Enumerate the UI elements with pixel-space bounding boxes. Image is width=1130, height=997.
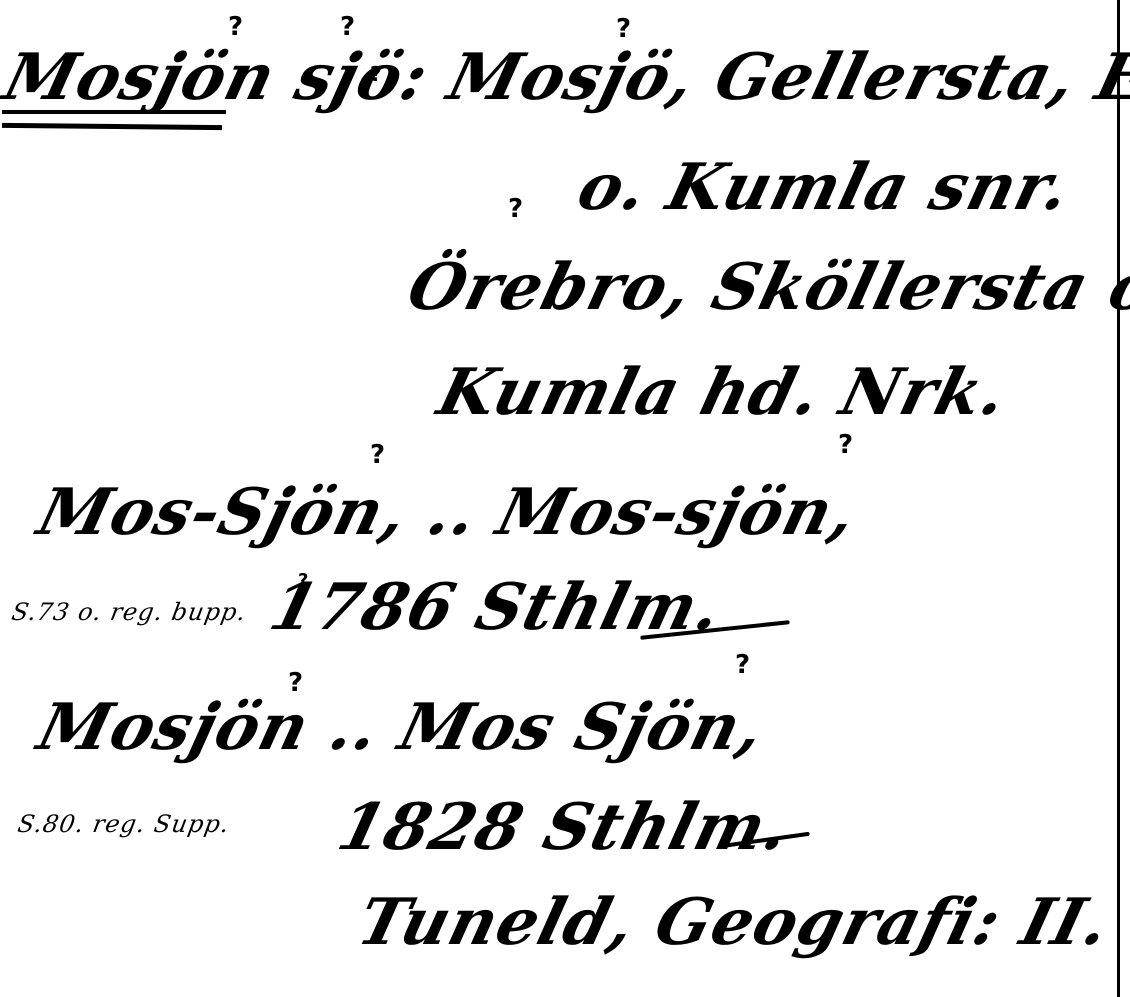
handwritten-index-card: Mosjön sjö: Mosjö, Gellersta, Ekeby ? ? … (0, 0, 1130, 997)
margin-annotation-2: S.80. reg. Supp. (16, 810, 232, 838)
line-text: sjö: Mosjö, Gellersta, Ekeby (265, 40, 1130, 115)
headword: Mosjön (0, 40, 283, 115)
superscript-mark: ? (838, 430, 853, 460)
superscript-mark: ? (340, 12, 355, 42)
card-line-7: Mosjön .. Mos Sjön, (31, 690, 772, 765)
margin-annotation-1: S.73 o. reg. bupp. (10, 598, 249, 626)
card-edge (1117, 0, 1120, 997)
superscript-mark: ? (735, 650, 750, 680)
card-line-4: Kumla hd. Nrk. (431, 355, 1015, 430)
superscript-mark: ? (616, 14, 631, 44)
superscript-mark: ? (370, 440, 385, 470)
card-line-5: Mos-Sjön, .. Mos-sjön, (31, 475, 865, 550)
superscript-mark: ? (370, 62, 382, 86)
superscript-mark: ? (228, 12, 243, 42)
card-line-9: Tuneld, Geografi: II. (351, 885, 1118, 960)
superscript-mark: ? (508, 194, 523, 224)
headword-underline (2, 110, 226, 114)
card-line-1: Mosjön sjö: Mosjö, Gellersta, Ekeby (0, 40, 1130, 115)
card-line-8: 1828 Sthlm. (331, 790, 798, 865)
card-line-3: Örebro, Sköllersta o. (401, 250, 1130, 325)
headword-double-underline (2, 123, 222, 130)
card-line-2: o. Kumla snr. (571, 150, 1078, 225)
